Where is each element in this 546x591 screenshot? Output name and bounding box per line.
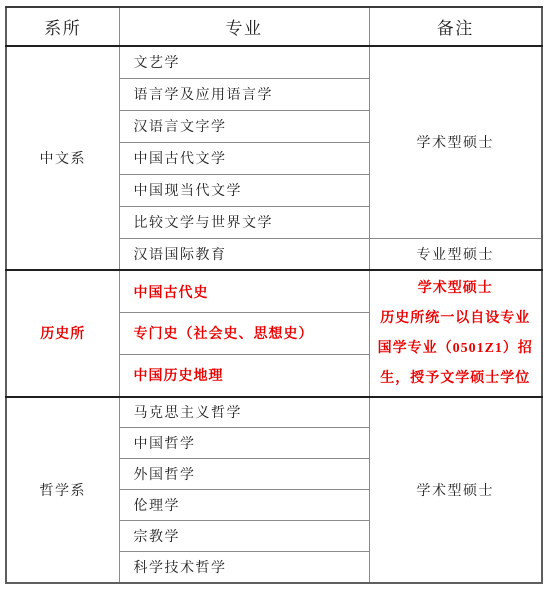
remark-line: 历史所统一以自设专业国学专业（0501Z1）招生，授予文学硕士学位 — [374, 304, 538, 394]
table-row: 中文系 文艺学 学术型硕士 — [6, 46, 542, 78]
document-page: 系所 专业 备注 中文系 文艺学 学术型硕士 语言学及应用语言学 汉语言文字学 … — [5, 6, 541, 584]
header-department: 系所 — [6, 7, 119, 46]
table-row: 历史所 中国古代史 学术型硕士 历史所统一以自设专业国学专业（0501Z1）招生… — [6, 270, 542, 312]
major-cell: 中国古代文学 — [119, 142, 369, 174]
remark-cell-professional: 专业型硕士 — [369, 238, 542, 270]
table-row: 哲学系 马克思主义哲学 学术型硕士 — [6, 397, 542, 428]
remark-cell-academic: 学术型硕士 — [369, 46, 542, 238]
department-cell-philosophy: 哲学系 — [6, 397, 119, 583]
major-cell: 中国古代史 — [119, 270, 369, 312]
major-cell: 语言学及应用语言学 — [119, 78, 369, 110]
department-cell-history: 历史所 — [6, 270, 119, 396]
major-cell: 外国哲学 — [119, 459, 369, 490]
department-cell-chinese: 中文系 — [6, 46, 119, 270]
major-cell: 汉语国际教育 — [119, 238, 369, 270]
remark-cell-academic: 学术型硕士 — [369, 397, 542, 583]
major-cell: 伦理学 — [119, 490, 369, 521]
major-cell: 比较文学与世界文学 — [119, 206, 369, 238]
major-cell: 专门史（社会史、思想史） — [119, 312, 369, 354]
header-major: 专业 — [119, 7, 369, 46]
remark-line: 学术型硕士 — [374, 274, 538, 304]
major-cell: 文艺学 — [119, 46, 369, 78]
major-cell: 汉语言文字学 — [119, 110, 369, 142]
major-cell: 中国历史地理 — [119, 355, 369, 397]
table-header-row: 系所 专业 备注 — [6, 7, 542, 46]
major-cell: 宗教学 — [119, 521, 369, 552]
major-cell: 科学技术哲学 — [119, 552, 369, 583]
major-cell: 马克思主义哲学 — [119, 397, 369, 428]
major-cell: 中国现当代文学 — [119, 174, 369, 206]
major-cell: 中国哲学 — [119, 428, 369, 459]
remark-cell-history: 学术型硕士 历史所统一以自设专业国学专业（0501Z1）招生，授予文学硕士学位 — [369, 270, 542, 396]
admissions-table: 系所 专业 备注 中文系 文艺学 学术型硕士 语言学及应用语言学 汉语言文字学 … — [5, 6, 543, 584]
header-remark: 备注 — [369, 7, 542, 46]
